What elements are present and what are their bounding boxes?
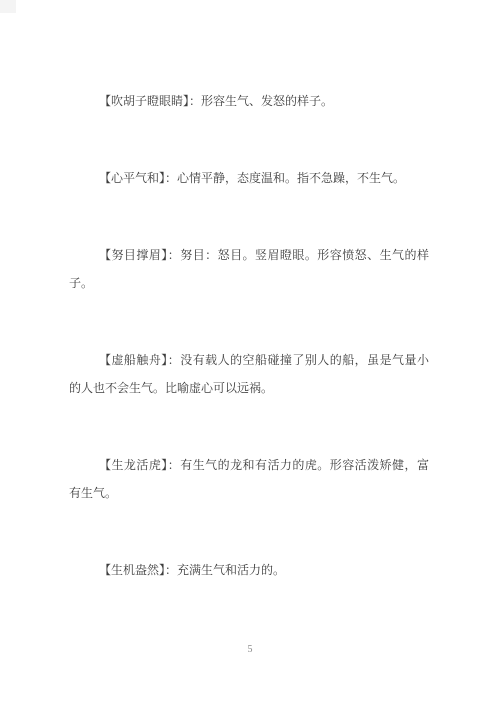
term-colon: ： xyxy=(165,563,177,577)
idiom-entry: 【心平气和】：心情平静，态度温和。指不急躁，不生气。 xyxy=(69,164,429,192)
idiom-entry: 【吹胡子瞪眼睛】：形容生气、发怒的样子。 xyxy=(69,87,429,115)
term-colon: ： xyxy=(189,94,201,108)
idiom-term: 【虚船触舟】 xyxy=(99,353,168,367)
idiom-entry: 【生机盎然】：充满生气和活力的。 xyxy=(69,556,429,584)
term-colon: ： xyxy=(168,458,180,472)
page-number: 5 xyxy=(0,643,500,657)
idiom-definition: 心情平静，态度温和。指不急躁，不生气。 xyxy=(177,171,405,185)
idiom-definition: 形容生气、发怒的样子。 xyxy=(201,94,333,108)
term-colon: ： xyxy=(168,248,180,262)
idiom-term: 【心平气和】 xyxy=(99,171,165,185)
idiom-entry: 【努目撑眉】：努目：怒目。竖眉瞪眼。形容愤怒、生气的样子。 xyxy=(69,241,429,297)
idiom-term: 【生机盎然】 xyxy=(99,563,165,577)
idiom-entry: 【虚船触舟】：没有载人的空船碰撞了别人的船，虽是气量小的人也不会生气。比喻虚心可… xyxy=(69,346,429,402)
idiom-definition: 充满生气和活力的。 xyxy=(177,563,285,577)
document-page: 【吹胡子瞪眼睛】：形容生气、发怒的样子。 【心平气和】：心情平静，态度温和。指不… xyxy=(69,0,429,633)
term-colon: ： xyxy=(168,353,180,367)
idiom-entry: 【生龙活虎】：有生气的龙和有活力的虎。形容活泼矫健，富有生气。 xyxy=(69,451,429,507)
idiom-term: 【努目撑眉】 xyxy=(99,248,168,262)
scan-artifact xyxy=(0,0,16,13)
idiom-term: 【生龙活虎】 xyxy=(99,458,168,472)
term-colon: ： xyxy=(165,171,177,185)
idiom-term: 【吹胡子瞪眼睛】 xyxy=(99,94,189,108)
